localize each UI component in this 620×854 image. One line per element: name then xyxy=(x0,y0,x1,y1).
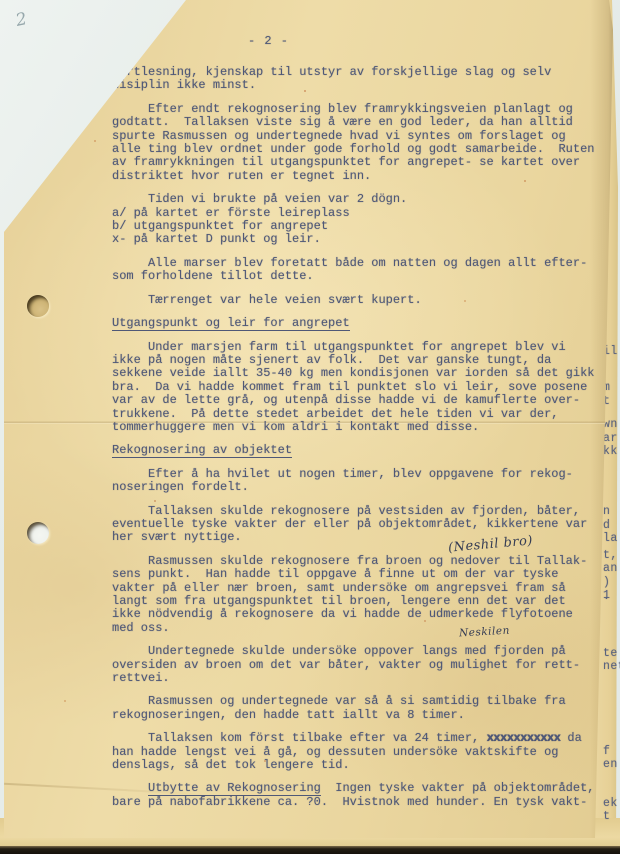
beneath-text-fragment: . xyxy=(603,590,610,603)
typewritten-text-column: kartlesning, kjenskap til utstyr av fors… xyxy=(112,66,612,819)
paragraph-undertegnede-fjorden: Undertegnede skulde undersöke oppover la… xyxy=(112,645,612,685)
beneath-text-fragment: la xyxy=(603,532,618,545)
paragraph-tiden-list: Tiden vi brukte på veien var 2 dögn. a/ … xyxy=(112,193,612,247)
beneath-text-fragment: an xyxy=(603,562,618,575)
beneath-text-fragment: kk xyxy=(603,445,618,458)
beneath-text-fragment: t xyxy=(603,810,610,823)
beneath-text-fragment: f xyxy=(603,745,610,758)
paragraph-tallaksen-vestsiden: Tallaksen skulde rekognosere på vestside… xyxy=(112,505,612,545)
section-heading-rekognosering: Rekognosering av objektet xyxy=(112,444,612,457)
document-page: - 2 - kartlesning, kjenskap til utstyr a… xyxy=(4,0,616,838)
beneath-text-fragment: net xyxy=(603,660,620,673)
paragraph-samtidig-tilbake: Rasmussen og undertegnede var så å si sa… xyxy=(112,695,612,722)
text-run xyxy=(112,781,148,795)
beneath-text-fragment: te xyxy=(603,647,618,660)
paragraph-tallaksen-retur: Tallaksen kom först tilbake efter va 24 … xyxy=(112,732,612,772)
beneath-text-fragment: wn xyxy=(603,418,618,431)
beneath-text-fragment: ar xyxy=(603,432,618,445)
paragraph-terrenget: Tærrenget var hele veien svært kupert. xyxy=(112,294,612,307)
heading-text: Utgangspunkt og leir for angrepet xyxy=(112,316,350,331)
paragraph-rasmussen-broen: Rasmussen skulde rekognosere fra broen o… xyxy=(112,555,612,635)
text-run: Tallaksen kom först tilbake efter va 24 … xyxy=(112,731,486,745)
paragraph-hvilet: Efter å ha hvilet ut nogen timer, blev o… xyxy=(112,468,612,495)
beneath-text-fragment: d xyxy=(603,519,610,532)
beneath-text-fragment: en xyxy=(603,758,618,771)
paragraph-rekognosering-plan: Efter endt rekognosering blev framrykkin… xyxy=(112,103,612,183)
paragraph-kartlesning: kartlesning, kjenskap til utstyr av fors… xyxy=(112,66,612,93)
beneath-text-fragment: n xyxy=(603,505,610,518)
paragraph-marser: Alle marser blev foretatt både om natten… xyxy=(112,257,612,284)
overstruck-text: xxxxxxxxxxx xyxy=(486,731,560,745)
scan-bottom-edge xyxy=(0,846,620,854)
punch-hole-top xyxy=(27,295,49,317)
beneath-text-fragment: ek xyxy=(603,797,618,810)
punch-hole-bottom xyxy=(27,522,49,544)
page-number: - 2 - xyxy=(248,34,289,48)
heading-text: Rekognosering av objektet xyxy=(112,443,292,458)
paragraph-utbytte: Utbytte av Rekognosering Ingen tyske vak… xyxy=(112,782,612,809)
beneath-text-fragment: t, xyxy=(603,549,618,562)
section-heading-utgangspunkt: Utgangspunkt og leir for angrepet xyxy=(112,317,612,330)
paragraph-under-marsjen: Under marsjen farm til utgangspunktet fo… xyxy=(112,341,612,435)
